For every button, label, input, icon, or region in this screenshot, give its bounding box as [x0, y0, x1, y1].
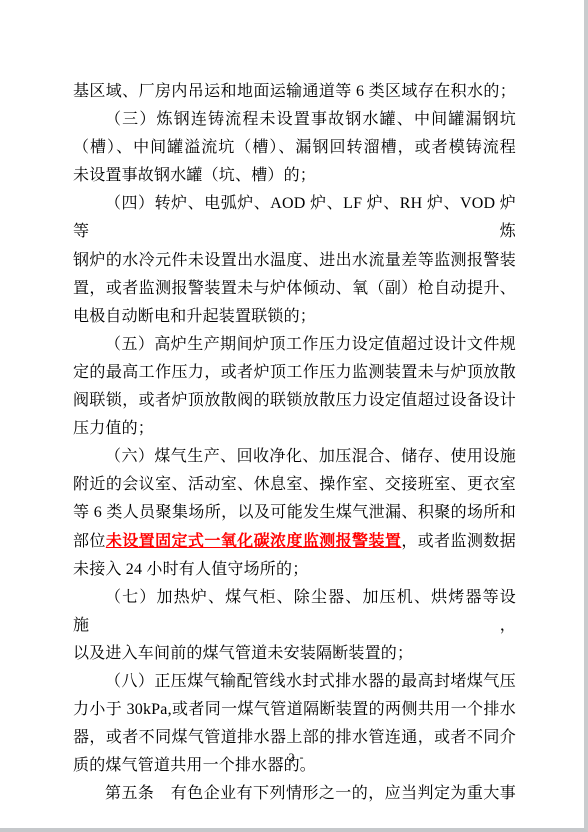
text-run: 压力值的； [73, 420, 154, 437]
text-line: 未接入 24 小时有人值守场所的； [73, 556, 516, 584]
text-line: 钢炉的水冷元件未设置出水温度、进出水流量差等监测报警装 [73, 247, 516, 275]
text-line: （六）煤气生产、回收净化、加压混合、储存、使用设施 [73, 443, 516, 471]
text-run: 电极自动断电和升起装置联锁的； [73, 308, 316, 325]
text-run: 以及进入车间前的煤气管道未安装隔断装置的； [73, 645, 413, 662]
text-line: （槽）、中间罐溢流坑（槽）、漏钢回转溜槽，或者模铸流程 [73, 134, 516, 162]
text-run: 基区域、厂房内吊运和地面运输通道等 6 类区域存在积水的； [73, 83, 516, 100]
text-line: 第五条 有色企业有下列情形之一的，应当判定为重大事 [73, 780, 516, 808]
text-run: 力小于 30kPa,或者同一煤气管道隔断装置的两侧共用一个排水 [73, 701, 516, 718]
text-line: （四）转炉、电弧炉、AOD 炉、LF 炉、RH 炉、VOD 炉等炼 [73, 190, 516, 246]
text-run: （八）正压煤气输配管线水封式排水器的最高封堵煤气压 [105, 673, 516, 690]
text-run: （四）转炉、电弧炉、AOD 炉、LF 炉、RH 炉、VOD 炉等炼 [73, 195, 516, 240]
page-number: - 2 - [0, 750, 584, 765]
text-run: 未设置事故钢水罐（坑、槽）的； [73, 167, 316, 184]
text-line: （七）加热炉、煤气柜、除尘器、加压机、烘烤器等设施， [73, 584, 516, 640]
document-page: 基区域、厂房内吊运和地面运输通道等 6 类区域存在积水的；（三）炼钢连铸流程未设… [0, 0, 588, 832]
text-run: （五）高炉生产期间炉顶工作压力设定值超过设计文件规 [105, 336, 516, 353]
text-line: 压力值的； [73, 415, 516, 443]
text-run: 器，或者不同煤气管道排水器上部的排水管连通，或者不同介 [73, 729, 516, 746]
text-line: 等 6 类人员聚集场所，以及可能发生煤气泄漏、积聚的场所和 [73, 499, 516, 527]
text-line: 定的最高工作压力，或者炉顶工作压力监测装置未与炉顶放散 [73, 359, 516, 387]
text-run: 部位 [73, 533, 106, 550]
text-line: （五）高炉生产期间炉顶工作压力设定值超过设计文件规 [73, 331, 516, 359]
text-line: 部位未设置固定式一氧化碳浓度监测报警装置，或者监测数据 [73, 528, 516, 556]
text-run: （六）煤气生产、回收净化、加压混合、储存、使用设施 [105, 448, 516, 465]
text-line: （八）正压煤气输配管线水封式排水器的最高封堵煤气压 [73, 668, 516, 696]
text-run: 钢炉的水冷元件未设置出水温度、进出水流量差等监测报警装 [73, 252, 516, 269]
text-line: 附近的会议室、活动室、休息室、操作室、交接班室、更衣室 [73, 471, 516, 499]
text-run: 置，或者监测报警装置未与炉体倾动、氧（副）枪自动提升、 [73, 280, 516, 297]
text-run: 第五条 有色企业有下列情形之一的，应当判定为重大事 [105, 785, 516, 802]
document-body: 基区域、厂房内吊运和地面运输通道等 6 类区域存在积水的；（三）炼钢连铸流程未设… [73, 78, 516, 808]
text-run: ，或者监测数据 [401, 533, 516, 550]
text-line: 电极自动断电和升起装置联锁的； [73, 303, 516, 331]
text-run: （三）炼钢连铸流程未设置事故钢水罐、中间罐漏钢坑 [105, 111, 516, 128]
text-line: 置，或者监测报警装置未与炉体倾动、氧（副）枪自动提升、 [73, 275, 516, 303]
text-run: （七）加热炉、煤气柜、除尘器、加压机、烘烤器等设施， [73, 589, 516, 634]
text-run: 等 6 类人员聚集场所，以及可能发生煤气泄漏、积聚的场所和 [73, 504, 516, 521]
text-line: 未设置事故钢水罐（坑、槽）的； [73, 162, 516, 190]
text-run: 阀联锁，或者炉顶放散阀的联锁放散压力设定值超过设备设计 [73, 392, 516, 409]
text-line: 阀联锁，或者炉顶放散阀的联锁放散压力设定值超过设备设计 [73, 387, 516, 415]
text-line: 器，或者不同煤气管道排水器上部的排水管连通，或者不同介 [73, 724, 516, 752]
text-run: 附近的会议室、活动室、休息室、操作室、交接班室、更衣室 [73, 476, 516, 493]
text-run: （槽）、中间罐溢流坑（槽）、漏钢回转溜槽，或者模铸流程 [73, 139, 516, 156]
text-run: 未接入 24 小时有人值守场所的； [73, 561, 308, 578]
text-run: 定的最高工作压力，或者炉顶工作压力监测装置未与炉顶放散 [73, 364, 516, 381]
text-line: 以及进入车间前的煤气管道未安装隔断装置的； [73, 640, 516, 668]
text-line: 基区域、厂房内吊运和地面运输通道等 6 类区域存在积水的； [73, 78, 516, 106]
text-line: （三）炼钢连铸流程未设置事故钢水罐、中间罐漏钢坑 [73, 106, 516, 134]
highlighted-violation-text: 未设置固定式一氧化碳浓度监测报警装置 [106, 533, 401, 550]
text-line: 力小于 30kPa,或者同一煤气管道隔断装置的两侧共用一个排水 [73, 696, 516, 724]
